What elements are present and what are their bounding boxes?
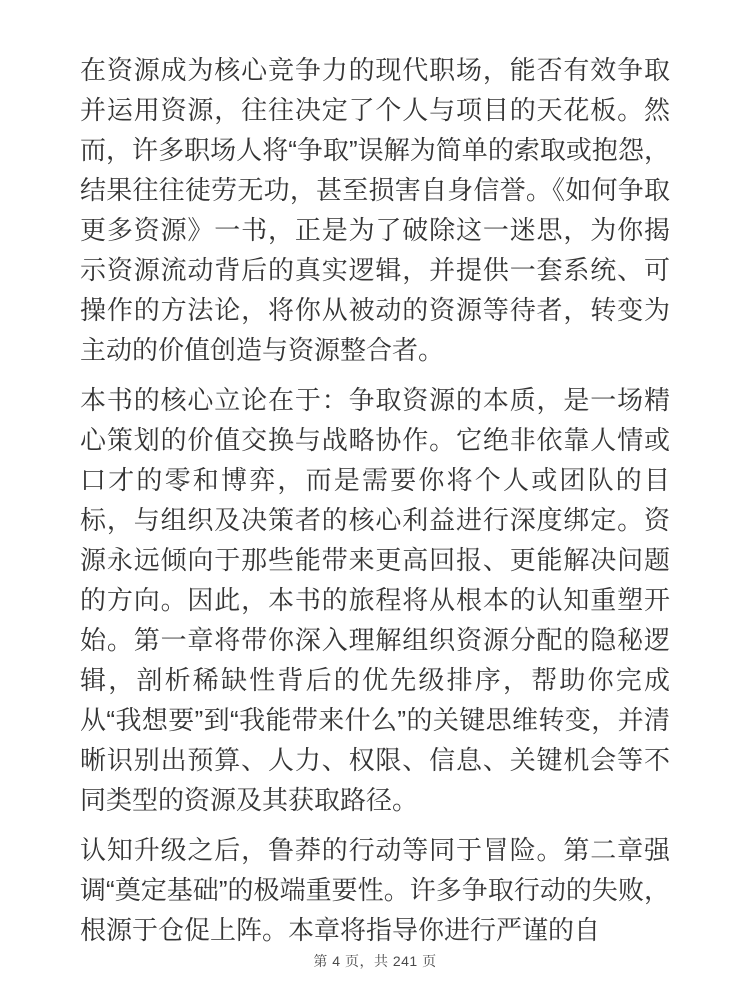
paragraph-core-thesis: 本书的核心立论在于：争取资源的本质，是一场精心策划的价值交换与战略协作。它绝非依… xyxy=(80,380,670,820)
page-text-content: 在资源成为核心竞争力的现代职场，能否有效争取并运用资源，往往决定了个人与项目的天… xyxy=(80,50,670,960)
paragraph-intro: 在资源成为核心竞争力的现代职场，能否有效争取并运用资源，往往决定了个人与项目的天… xyxy=(80,50,670,370)
document-page: 在资源成为核心竞争力的现代职场，能否有效争取并运用资源，往往决定了个人与项目的天… xyxy=(0,0,750,1000)
page-number-footer: 第 4 页，共 241 页 xyxy=(0,952,750,970)
paragraph-chapter-two: 认知升级之后，鲁莽的行动等同于冒险。第二章强调“奠定基础”的极端重要性。许多争取… xyxy=(80,830,670,950)
